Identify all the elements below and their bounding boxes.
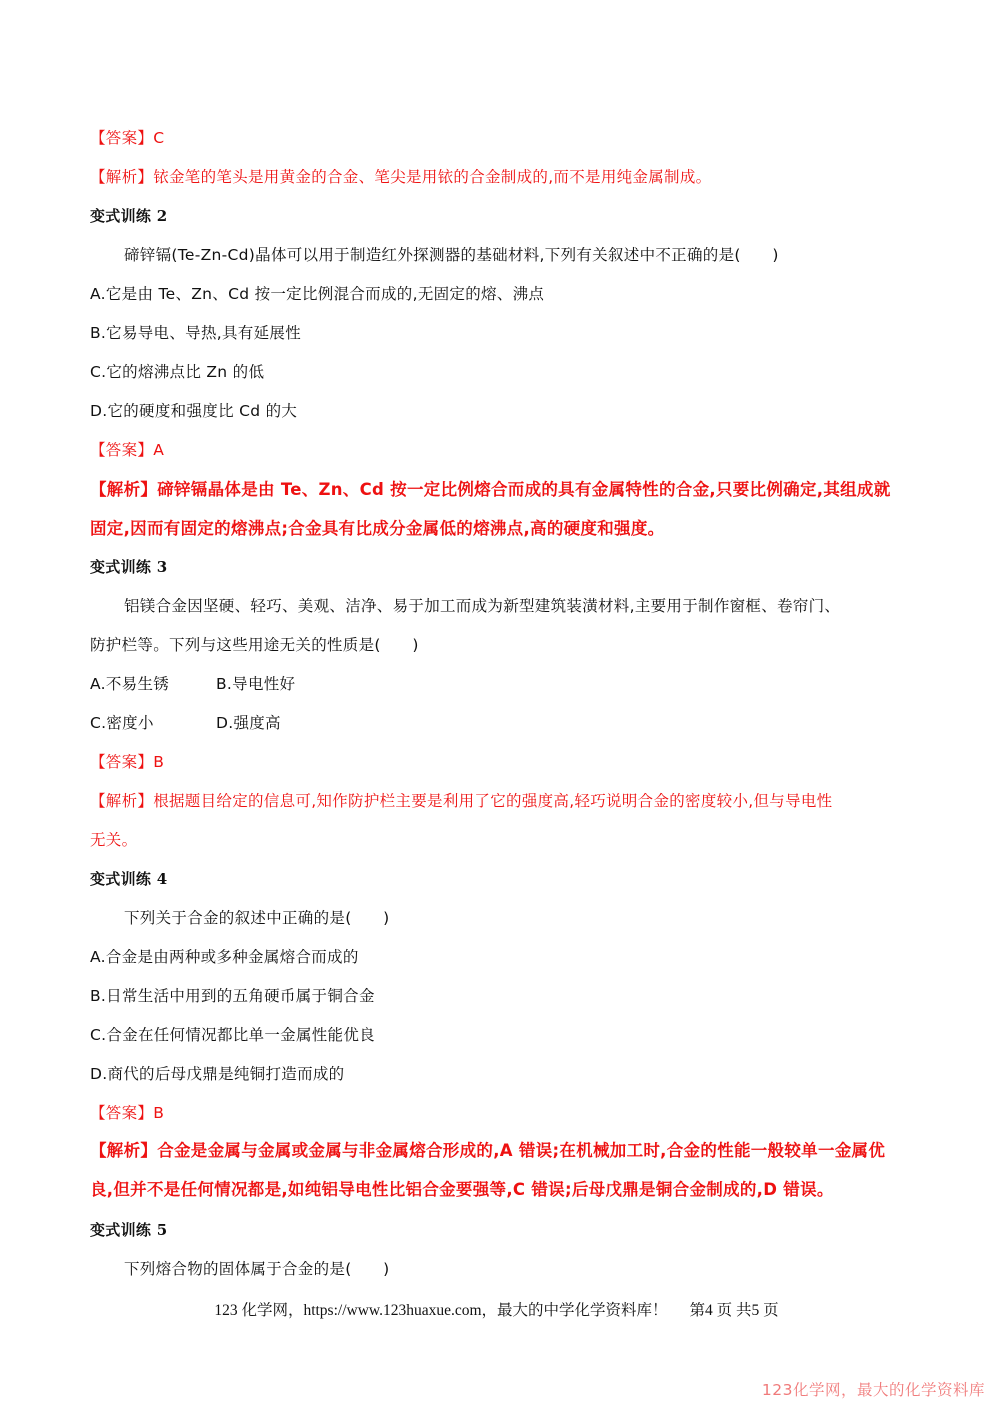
options-row-1-q3: A.不易生锈B.导电性好 bbox=[90, 674, 295, 694]
option-c-q4: C.合金在任何情况都比单一金属性能优良 bbox=[90, 1025, 375, 1045]
option-a-q2: A.它是由 Te、Zn、Cd 按一定比例混合而成的,无固定的熔、沸点 bbox=[90, 284, 544, 304]
page-number: 第4 页 共5 页 bbox=[690, 1302, 779, 1319]
exercise-title-5: 变式训练 5 bbox=[90, 1220, 167, 1240]
analysis-line-q3-1: 【解析】根据题目给定的信息可,知作防护栏主要是利用了它的强度高,轻巧说明合金的密… bbox=[90, 791, 833, 811]
analysis-text: 碲锌镉晶体是由 Te、Zn、Cd 按一定比例熔合而成的具有金属特性的合金,只要比… bbox=[157, 480, 890, 499]
analysis-label: 【解析】 bbox=[90, 1141, 157, 1160]
analysis-line-q4-1: 【解析】合金是金属与金属或金属与非金属熔合形成的,A 错误;在机械加工时,合金的… bbox=[90, 1141, 885, 1161]
answer-value: A bbox=[153, 441, 164, 459]
option-a-q3: A.不易生锈 bbox=[90, 674, 216, 694]
answer-line-q1: 【答案】C bbox=[90, 128, 164, 148]
analysis-line-q4-2: 良,但并不是任何情况都是,如纯铝导电性比铝合金要强等,C 错误;后母戊鼎是铜合金… bbox=[90, 1180, 834, 1200]
exercise-title-3: 变式训练 3 bbox=[90, 557, 167, 577]
page-footer: 123 化学网，https://www.123huaxue.com，最大的中学化… bbox=[0, 1298, 993, 1320]
options-row-2-q3: C.密度小D.强度高 bbox=[90, 713, 281, 733]
analysis-label: 【解析】 bbox=[90, 168, 153, 186]
analysis-text: 根据题目给定的信息可,知作防护栏主要是利用了它的强度高,轻巧说明合金的密度较小,… bbox=[153, 792, 832, 810]
exercise-title-2: 变式训练 2 bbox=[90, 206, 167, 226]
question-stem-2: 碲锌镉(Te-Zn-Cd)晶体可以用于制造红外探测器的基础材料,下列有关叙述中不… bbox=[124, 245, 779, 265]
analysis-line-q2-1: 【解析】碲锌镉晶体是由 Te、Zn、Cd 按一定比例熔合而成的具有金属特性的合金… bbox=[90, 480, 891, 500]
answer-line-q3: 【答案】B bbox=[90, 752, 164, 772]
question-stem-5: 下列熔合物的固体属于合金的是( ) bbox=[124, 1259, 390, 1279]
answer-label: 【答案】 bbox=[90, 1104, 153, 1122]
analysis-line-q2-2: 固定,因而有固定的熔沸点;合金具有比成分金属低的熔沸点,高的硬度和强度。 bbox=[90, 519, 664, 539]
option-b-q4: B.日常生活中用到的五角硬币属于铜合金 bbox=[90, 986, 375, 1006]
option-b-q3: B.导电性好 bbox=[216, 675, 295, 693]
footer-site-text: 123 化学网，https://www.123huaxue.com，最大的中学化… bbox=[214, 1302, 667, 1319]
answer-value: C bbox=[153, 129, 164, 147]
answer-line-q4: 【答案】B bbox=[90, 1103, 164, 1123]
option-b-q2: B.它易导电、导热,具有延展性 bbox=[90, 323, 301, 343]
analysis-text: 合金是金属与金属或金属与非金属熔合形成的,A 错误;在机械加工时,合金的性能一般… bbox=[157, 1141, 885, 1160]
option-d-q2: D.它的硬度和强度比 Cd 的大 bbox=[90, 401, 297, 421]
option-a-q4: A.合金是由两种或多种金属熔合而成的 bbox=[90, 947, 359, 967]
question-stem-4: 下列关于合金的叙述中正确的是( ) bbox=[124, 908, 390, 928]
answer-value: B bbox=[153, 1104, 164, 1122]
analysis-text: 铱金笔的笔头是用黄金的合金、笔尖是用铱的合金制成的,而不是用纯金属制成。 bbox=[153, 168, 711, 186]
option-c-q2: C.它的熔沸点比 Zn 的低 bbox=[90, 362, 264, 382]
question-stem-3-line-1: 铝镁合金因坚硬、轻巧、美观、洁净、易于加工而成为新型建筑装潢材料,主要用于制作窗… bbox=[124, 596, 840, 616]
answer-line-q2: 【答案】A bbox=[90, 440, 164, 460]
question-stem-3-line-2: 防护栏等。下列与这些用途无关的性质是( ) bbox=[90, 635, 419, 655]
answer-label: 【答案】 bbox=[90, 129, 153, 147]
option-d-q3: D.强度高 bbox=[216, 714, 281, 732]
analysis-line-q1: 【解析】铱金笔的笔头是用黄金的合金、笔尖是用铱的合金制成的,而不是用纯金属制成。 bbox=[90, 167, 711, 187]
analysis-label: 【解析】 bbox=[90, 792, 153, 810]
option-c-q3: C.密度小 bbox=[90, 713, 216, 733]
analysis-label: 【解析】 bbox=[90, 480, 157, 499]
analysis-line-q3-2: 无关。 bbox=[90, 830, 137, 850]
answer-label: 【答案】 bbox=[90, 753, 153, 771]
answer-value: B bbox=[153, 753, 164, 771]
document-page: 【答案】C 【解析】铱金笔的笔头是用黄金的合金、笔尖是用铱的合金制成的,而不是用… bbox=[0, 0, 993, 1404]
watermark-text: 123化学网，最大的化学资料库 bbox=[762, 1378, 985, 1400]
option-d-q4: D.商代的后母戊鼎是纯铜打造而成的 bbox=[90, 1064, 344, 1084]
answer-label: 【答案】 bbox=[90, 441, 153, 459]
exercise-title-4: 变式训练 4 bbox=[90, 869, 167, 889]
